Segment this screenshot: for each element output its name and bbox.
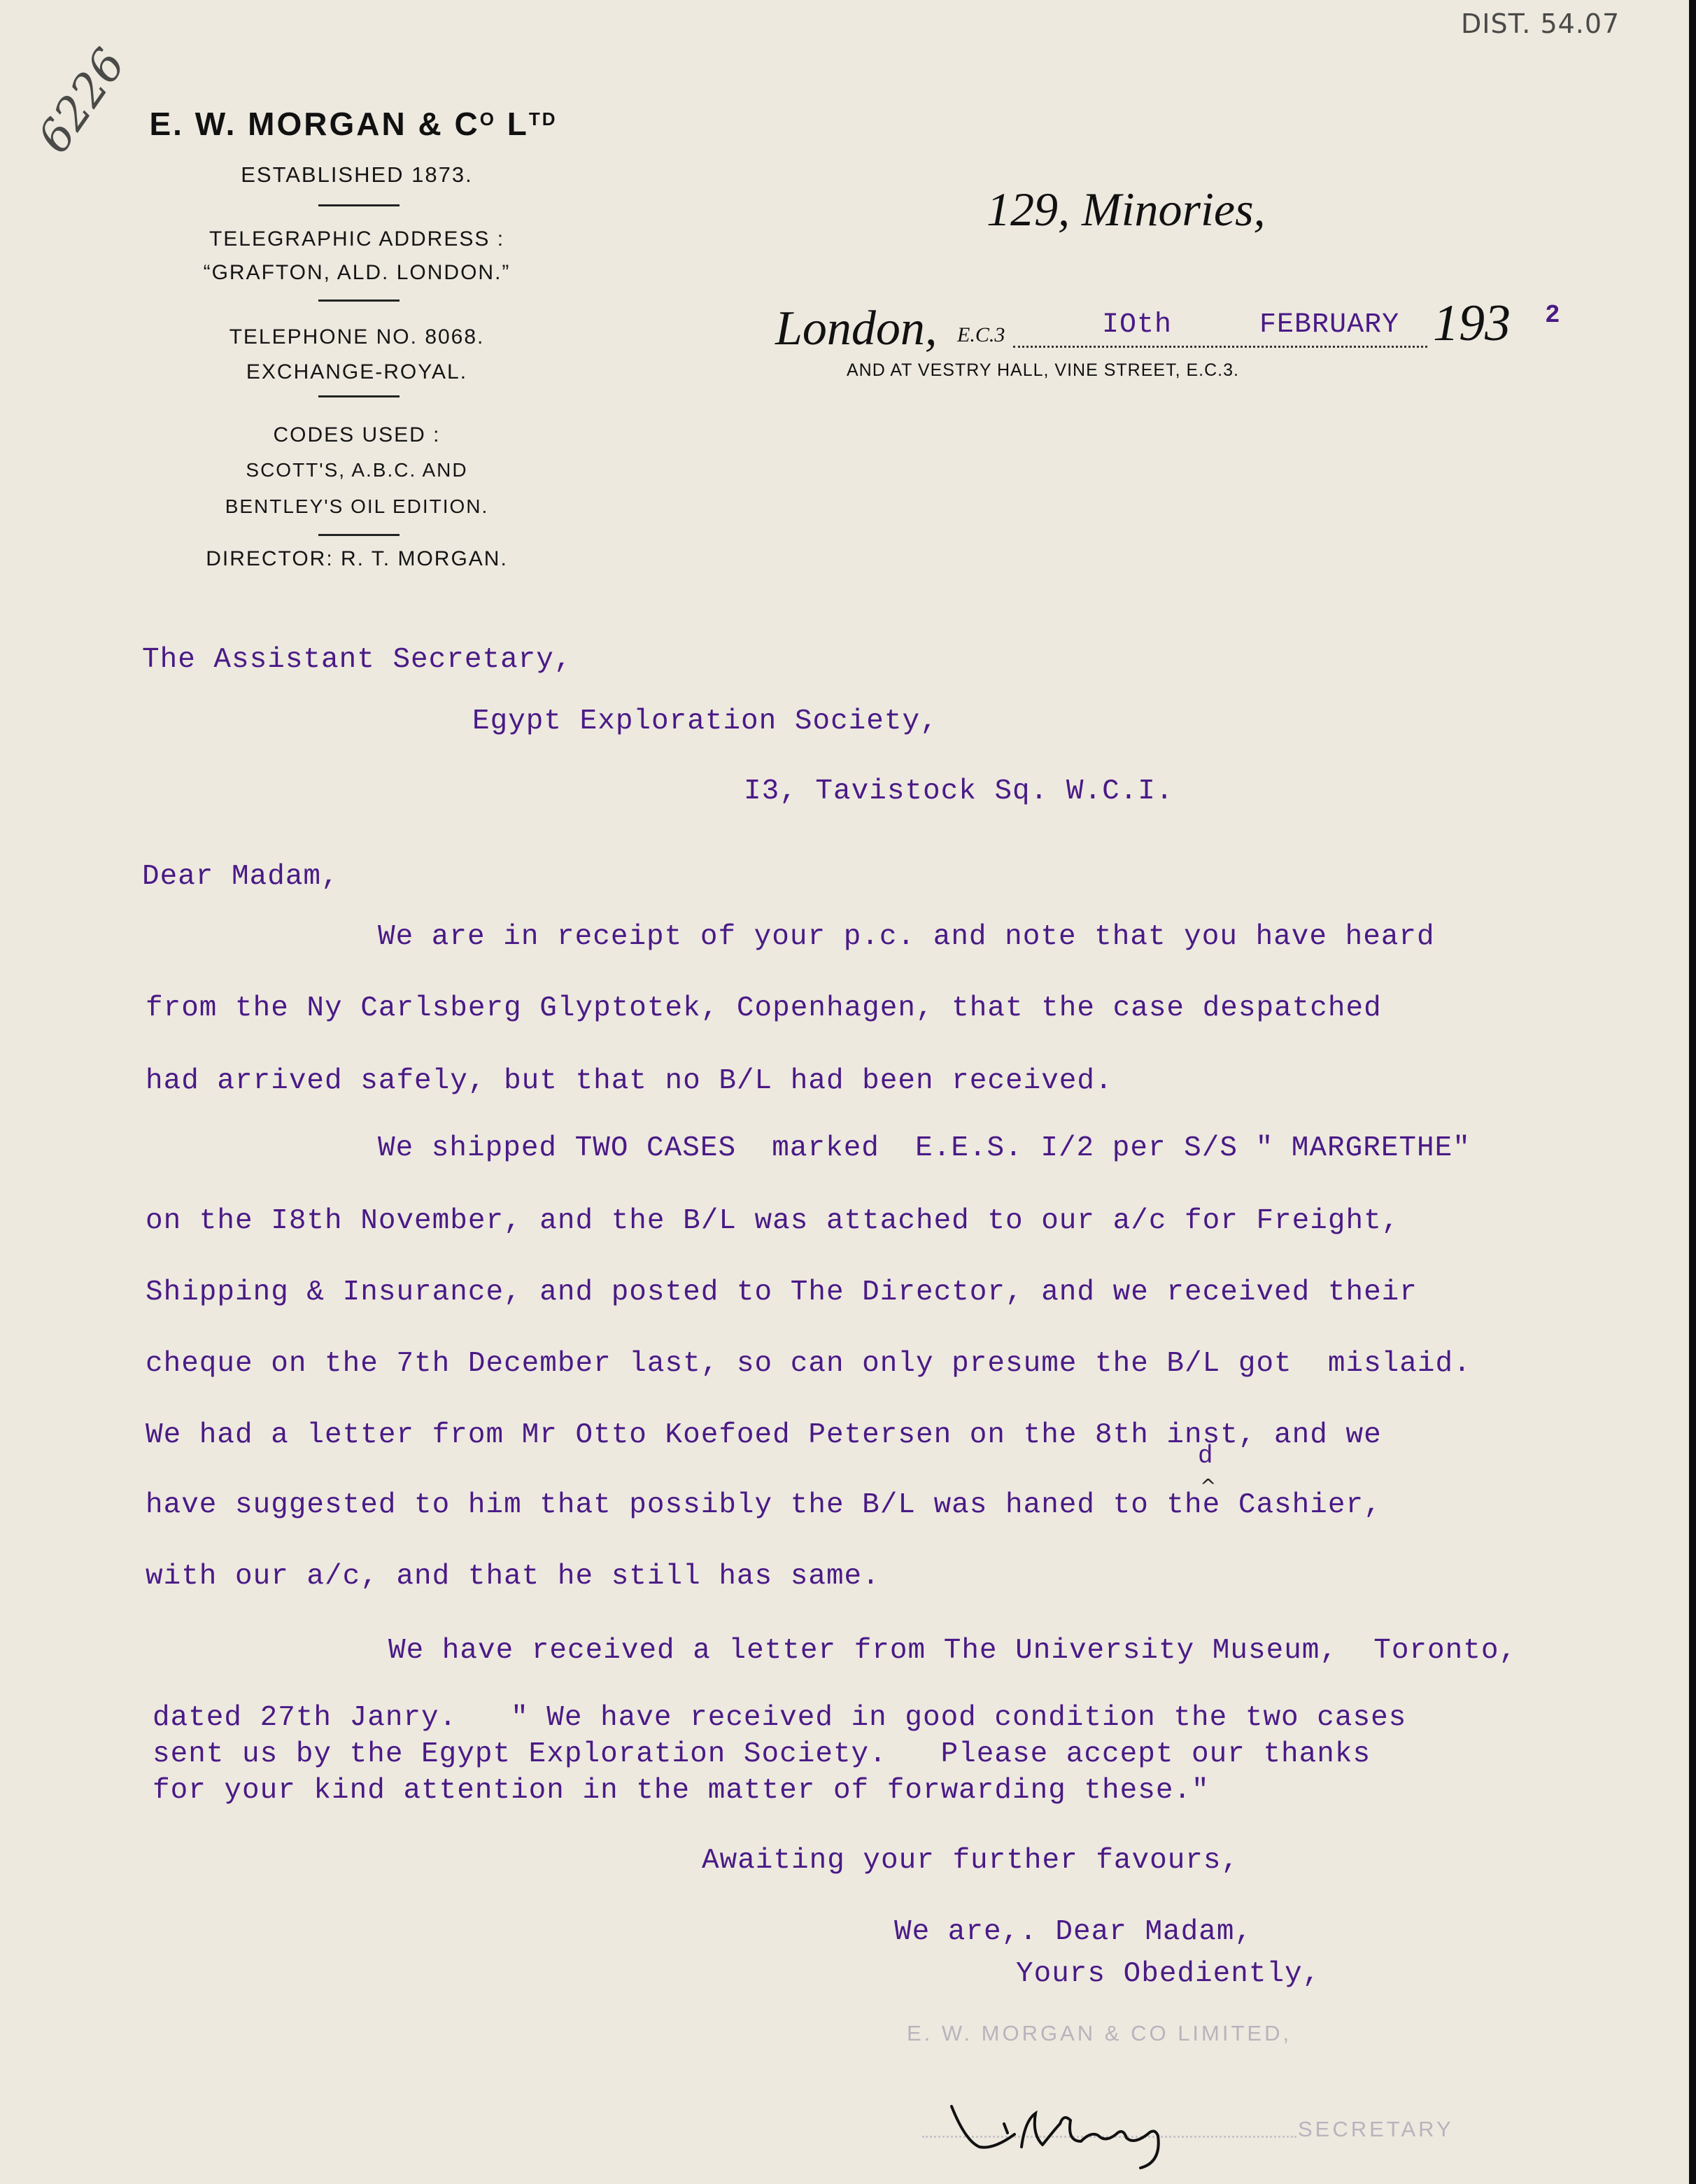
codes-line-1: SCOTT'S, A.B.C. AND — [140, 459, 574, 481]
established-line: ESTABLISHED 1873. — [140, 162, 574, 188]
handwritten-signature-icon — [938, 2092, 1287, 2169]
year-suffix: 2 — [1545, 301, 1561, 330]
street-address: 129, Minories, — [987, 182, 1266, 237]
codes-line-2: BENTLEY'S OIL EDITION. — [140, 495, 574, 518]
telegraphic-label: TELEGRAPHIC ADDRESS : — [140, 227, 574, 251]
body-line: with our a/c, and that he still has same… — [146, 1560, 880, 1593]
body-line: had arrived safely, but that no B/L had … — [146, 1065, 1113, 1097]
divider — [318, 534, 400, 536]
company-name: E. W. MORGAN & CO LTD — [108, 105, 598, 143]
company-ltd: L — [496, 106, 529, 142]
scan-edge — [1689, 0, 1696, 2184]
telephone-number: TELEPHONE NO. 8068. — [140, 325, 574, 349]
telephone-exchange: EXCHANGE-ROYAL. — [140, 360, 574, 384]
telegraphic-address: “GRAFTON, ALD. LONDON.” — [140, 261, 574, 285]
divider — [318, 300, 400, 302]
inserted-letter: d — [1198, 1442, 1214, 1470]
body-line: dated 27th Janry. " We have received in … — [153, 1702, 1406, 1734]
company-ltd-superscript: TD — [529, 108, 558, 129]
body-line: We shipped TWO CASES marked E.E.S. I/2 p… — [378, 1132, 1471, 1164]
closing-line-2: We are,. Dear Madam, — [894, 1916, 1252, 1948]
director-line: DIRECTOR: R. T. MORGAN. — [140, 547, 574, 571]
body-line: have suggested to him that possibly the … — [146, 1489, 1382, 1521]
body-line: sent us by the Egypt Exploration Society… — [153, 1738, 1371, 1770]
body-line: for your kind attention in the matter of… — [153, 1775, 1210, 1807]
postcode: E.C.3 — [957, 323, 1005, 347]
salutation: Dear Madam, — [142, 861, 339, 893]
date-day: IOth — [1102, 309, 1172, 341]
archive-number-annotation: 6226 — [28, 40, 136, 163]
insertion-caret-mark: ^ — [1200, 1474, 1216, 1498]
company-name-main: E. W. MORGAN & C — [149, 106, 479, 142]
company-stamp: E. W. MORGAN & CO LIMITED, — [907, 2021, 1292, 2046]
recipient-line-1: The Assistant Secretary, — [142, 644, 572, 676]
body-line: on the I8th November, and the B/L was at… — [146, 1205, 1399, 1237]
codes-label: CODES USED : — [140, 423, 574, 447]
company-co-superscript: O — [480, 108, 496, 129]
divider — [318, 395, 400, 397]
distribution-reference-annotation: DIST. 54.07 — [1461, 8, 1620, 39]
body-line: Shipping & Insurance, and posted to The … — [146, 1276, 1418, 1309]
closing-line-1: Awaiting your further favours, — [702, 1845, 1239, 1877]
closing-line-3: Yours Obediently, — [1016, 1958, 1320, 1990]
letter-page: 6226 DIST. 54.07 E. W. MORGAN & CO LTD E… — [0, 0, 1689, 2184]
city: London, — [775, 301, 937, 357]
year-prefix: 193 — [1433, 294, 1511, 353]
body-line: We have received a letter from The Unive… — [388, 1635, 1517, 1667]
recipient-line-2: Egypt Exploration Society, — [472, 705, 938, 738]
recipient-line-3: I3, Tavistock Sq. W.C.I. — [744, 775, 1174, 808]
body-line: We had a letter from Mr Otto Koefoed Pet… — [146, 1419, 1382, 1451]
date-dotted-line — [1013, 346, 1427, 348]
body-line: cheque on the 7th December last, so can … — [146, 1348, 1471, 1380]
body-line: from the Ny Carlsberg Glyptotek, Copenha… — [146, 992, 1382, 1024]
secretary-stamp: SECRETARY — [1298, 2117, 1454, 2142]
divider — [318, 204, 400, 206]
body-line: We are in receipt of your p.c. and note … — [378, 921, 1435, 953]
date-month: FEBRUARY — [1259, 309, 1399, 341]
branch-address: AND AT VESTRY HALL, VINE STREET, E.C.3. — [847, 360, 1239, 381]
typed-date: IOth FEBRUARY — [1102, 309, 1399, 341]
